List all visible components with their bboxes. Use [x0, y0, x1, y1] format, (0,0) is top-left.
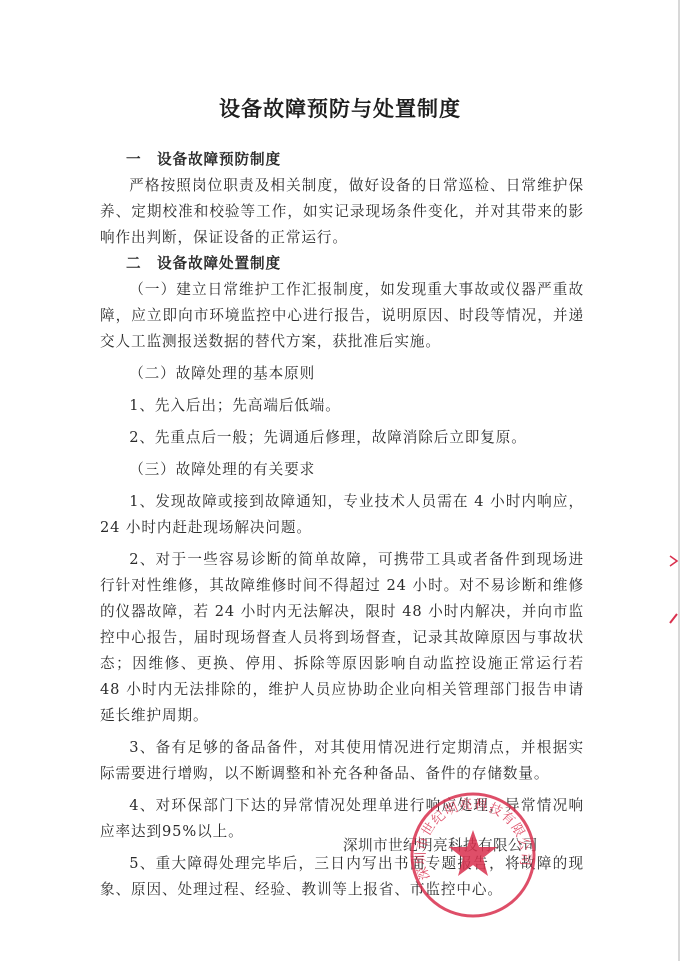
paragraph: （一）建立日常维护工作汇报制度，如发现重大事故或仪器严重故障，应立即向市环境监控…: [100, 277, 584, 355]
section-heading-2: 二 设备故障处置制度: [100, 251, 584, 277]
seal-edge-mark-icon: [668, 612, 678, 624]
document-title: 设备故障预防与处置制度: [0, 93, 680, 123]
list-item: 1、发现故障或接到故障通知，专业技术人员需在 4 小时内响应，24 小时内赶赴现…: [100, 489, 584, 541]
seal-edge-mark-icon: [668, 555, 678, 567]
list-item: 1、先入后出；先高端后低端。: [100, 393, 584, 419]
subsection-heading: （三）故障处理的有关要求: [100, 457, 584, 483]
paragraph: 严格按照岗位职责及相关制度，做好设备的日常巡检、日常维护保养、定期校准和校验等工…: [100, 173, 584, 251]
section-heading-1: 一 设备故障预防制度: [100, 147, 584, 173]
company-seal-icon: 深圳市世纪明亮科技有限公司: [408, 790, 538, 920]
subsection-heading: （二）故障处理的基本原则: [100, 361, 584, 387]
list-item: 2、先重点后一般；先调通后修理，故障消除后立即复原。: [100, 425, 584, 451]
list-item: 3、备有足够的备品备件，对其使用情况进行定期清点，并根据实际需要进行增购，以不断…: [100, 735, 584, 787]
list-item: 2、对于一些容易诊断的简单故障，可携带工具或者备件到现场进行针对性维修，其故障维…: [100, 547, 584, 729]
